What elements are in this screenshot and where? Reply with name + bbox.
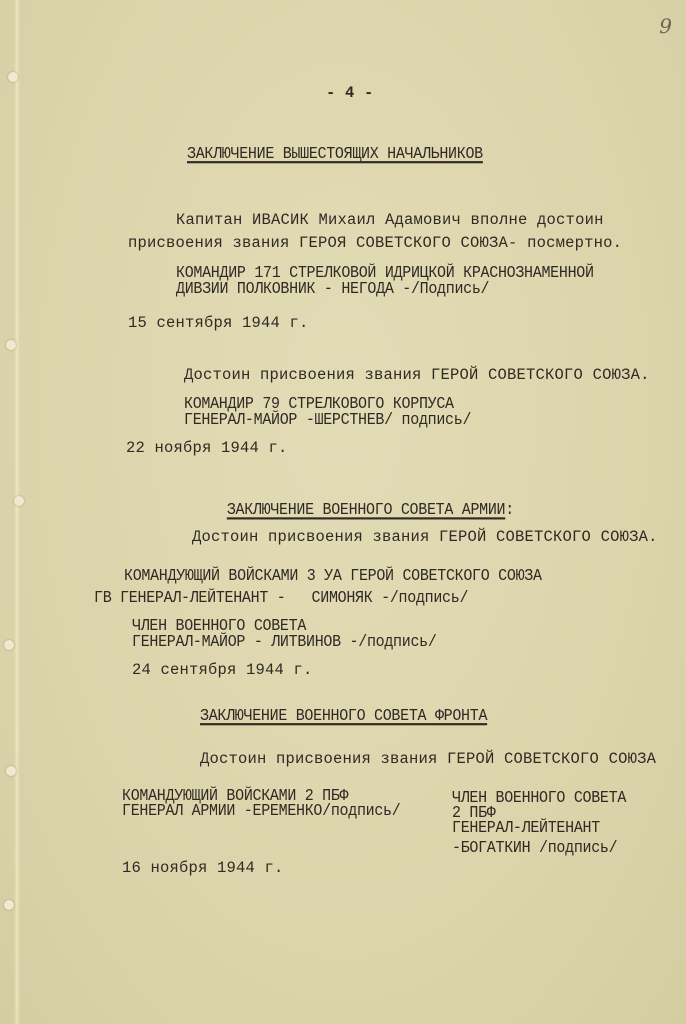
document-page: 9 - 4 - ЗАКЛЮЧЕНИЕ ВЫШЕСТОЯЩИХ НАЧАЛЬНИК… bbox=[0, 0, 686, 1024]
signature-line: КОМАНДУЮЩИЙ ВОЙСКАМИ 3 УА ГЕРОЙ СОВЕТСКО… bbox=[124, 568, 542, 584]
statement-line: Достоин присвоения звания ГЕРОЙ СОВЕТСКО… bbox=[184, 368, 650, 384]
signature-line: ДИВЗИИ ПОЛКОВНИК - НЕГОДА -/Подпись/ bbox=[176, 281, 489, 297]
page-marker: - 4 - bbox=[326, 86, 374, 102]
date: 24 сентября 1944 г. bbox=[132, 663, 313, 679]
signature-line: ГЕНЕРАЛ-ЛЕЙТЕНАНТ bbox=[452, 820, 600, 836]
date: 16 ноября 1944 г. bbox=[122, 861, 284, 877]
punch-hole bbox=[14, 496, 24, 506]
signature-line: ГВ ГЕНЕРАЛ-ЛЕЙТЕНАНТ - СИМОНЯК -/подпись… bbox=[94, 590, 468, 606]
punch-hole bbox=[4, 900, 14, 910]
signature-line: ГЕНЕРАЛ АРМИИ -ЕРЕМЕНКО/подпись/ bbox=[122, 803, 400, 819]
signature-line: ГЕНЕРАЛ-МАЙОР -ШЕРСТНЕВ/ подпись/ bbox=[184, 412, 471, 428]
heading-colon: : bbox=[505, 501, 514, 519]
heading-superiors: ЗАКЛЮЧЕНИЕ ВЫШЕСТОЯЩИХ НАЧАЛЬНИКОВ bbox=[187, 146, 483, 162]
statement-line: Достоин присвоения звания ГЕРОЙ СОВЕТСКО… bbox=[200, 752, 656, 768]
signature-line: -БОГАТКИН /подпись/ bbox=[452, 840, 617, 856]
signature-line: КОМАНДИР 79 СТРЕЛКОВОГО КОРПУСА bbox=[184, 396, 454, 412]
heading-front-council: ЗАКЛЮЧЕНИЕ ВОЕННОГО СОВЕТА ФРОНТА bbox=[200, 708, 487, 724]
paper-fold bbox=[14, 0, 20, 1024]
punch-hole bbox=[6, 340, 16, 350]
date: 15 сентября 1944 г. bbox=[128, 316, 309, 332]
archive-page-number: 9 bbox=[659, 14, 672, 38]
heading-text: ЗАКЛЮЧЕНИЕ ВОЕННОГО СОВЕТА АРМИИ bbox=[227, 501, 505, 519]
statement-line: Достоин присвоения звания ГЕРОЙ СОВЕТСКО… bbox=[192, 530, 658, 546]
statement-line: присвоения звания ГЕРОЯ СОВЕТСКОГО СОЮЗА… bbox=[128, 236, 622, 252]
date: 22 ноября 1944 г. bbox=[126, 441, 288, 457]
punch-hole bbox=[8, 72, 18, 82]
punch-hole bbox=[4, 640, 14, 650]
punch-hole bbox=[6, 766, 16, 776]
statement-line: Капитан ИВАСИК Михаил Адамович вполне до… bbox=[176, 213, 604, 229]
signature-line: КОМАНДИР 171 СТРЕЛКОВОЙ ИДРИЦКОЙ КРАСНОЗ… bbox=[176, 265, 594, 281]
signature-line: ГЕНЕРАЛ-МАЙОР - ЛИТВИНОВ -/подпись/ bbox=[132, 634, 437, 650]
signature-line: ЧЛЕН ВОЕННОГО СОВЕТА bbox=[132, 618, 306, 634]
